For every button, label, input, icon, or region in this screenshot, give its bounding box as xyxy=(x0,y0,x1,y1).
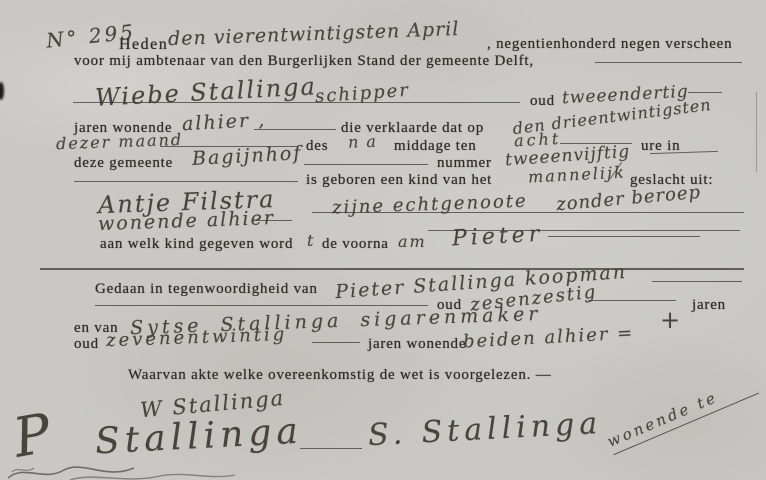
hw-letters-am: am xyxy=(398,232,427,251)
printed-oud: oud xyxy=(530,93,555,110)
printed-official: voor mij ambtenaar van den Burgerlijken … xyxy=(74,53,534,70)
margin-note: wonende te xyxy=(605,364,766,456)
fill-line xyxy=(74,181,298,182)
section-divider-line xyxy=(40,268,744,270)
signature-s-stallinga: S. Stallinga xyxy=(367,406,603,453)
printed-gedaan: Gedaan in tegenwoordigheid van xyxy=(95,281,318,298)
witnesses-residence: beiden alhier = xyxy=(463,323,635,353)
printed-oud2: oud xyxy=(74,336,99,353)
cut-off-writing-stroke xyxy=(0,458,766,480)
printed-deze-gemeente: deze gemeente xyxy=(74,155,173,172)
fill-line xyxy=(95,305,428,306)
fill-line xyxy=(548,236,700,237)
printed-nummer: nummer xyxy=(437,155,492,172)
hw-letter-t: t xyxy=(307,231,313,250)
scanned-birth-certificate: N° 295 Heden den vierentwintigsten April… xyxy=(0,0,766,480)
fill-line xyxy=(304,164,428,165)
printed-jaren1: jaren xyxy=(692,297,726,314)
handwritten-date: den vierentwintigsten April xyxy=(168,18,460,50)
signature-p-stallinga: Stallinga xyxy=(94,411,304,463)
signature-flourish-line xyxy=(300,448,362,449)
insertion-mark: + xyxy=(660,306,680,334)
fill-line xyxy=(73,102,520,103)
printed-child-2: de voorna xyxy=(322,236,389,253)
printed-geboren: is geboren een kind van het xyxy=(306,172,492,189)
child-name: Pieter xyxy=(451,222,543,252)
mother-residence: wonende alhier xyxy=(98,207,276,235)
fill-line xyxy=(256,220,292,221)
time-of-day: na xyxy=(348,131,384,151)
fill-line xyxy=(254,129,336,130)
printed-heden: Heden xyxy=(119,36,168,54)
declarant-residence: alhier , xyxy=(181,109,266,135)
scan-blotch xyxy=(0,82,4,100)
printed-jaren-wonende-2: jaren wonende xyxy=(368,336,466,353)
fill-line xyxy=(688,92,722,93)
fill-line xyxy=(312,212,744,213)
fold-line xyxy=(756,92,757,172)
birth-month: dezer maand xyxy=(56,130,184,153)
printed-child-1: aan welk kind gegeven word xyxy=(100,236,293,253)
fill-line xyxy=(588,300,676,301)
fill-line xyxy=(652,281,742,282)
mother-relation: zijne echtgenoote xyxy=(332,191,528,219)
closing-statement: Waarvan akte welke overeenkomstig de wet… xyxy=(128,367,552,384)
fill-line xyxy=(595,62,742,63)
printed-year: , negentienhonderd negen verscheen xyxy=(487,36,732,53)
mother-occupation: zonder beroep xyxy=(555,182,701,216)
printed-des: des xyxy=(306,138,328,155)
declarant-name: Wiebe Stallinga xyxy=(94,72,317,112)
birth-street: Bagijnhof xyxy=(191,142,302,170)
fill-line xyxy=(312,342,360,343)
printed-middage: middage ten xyxy=(394,138,477,155)
margin-note-text: wonende te xyxy=(605,388,721,451)
